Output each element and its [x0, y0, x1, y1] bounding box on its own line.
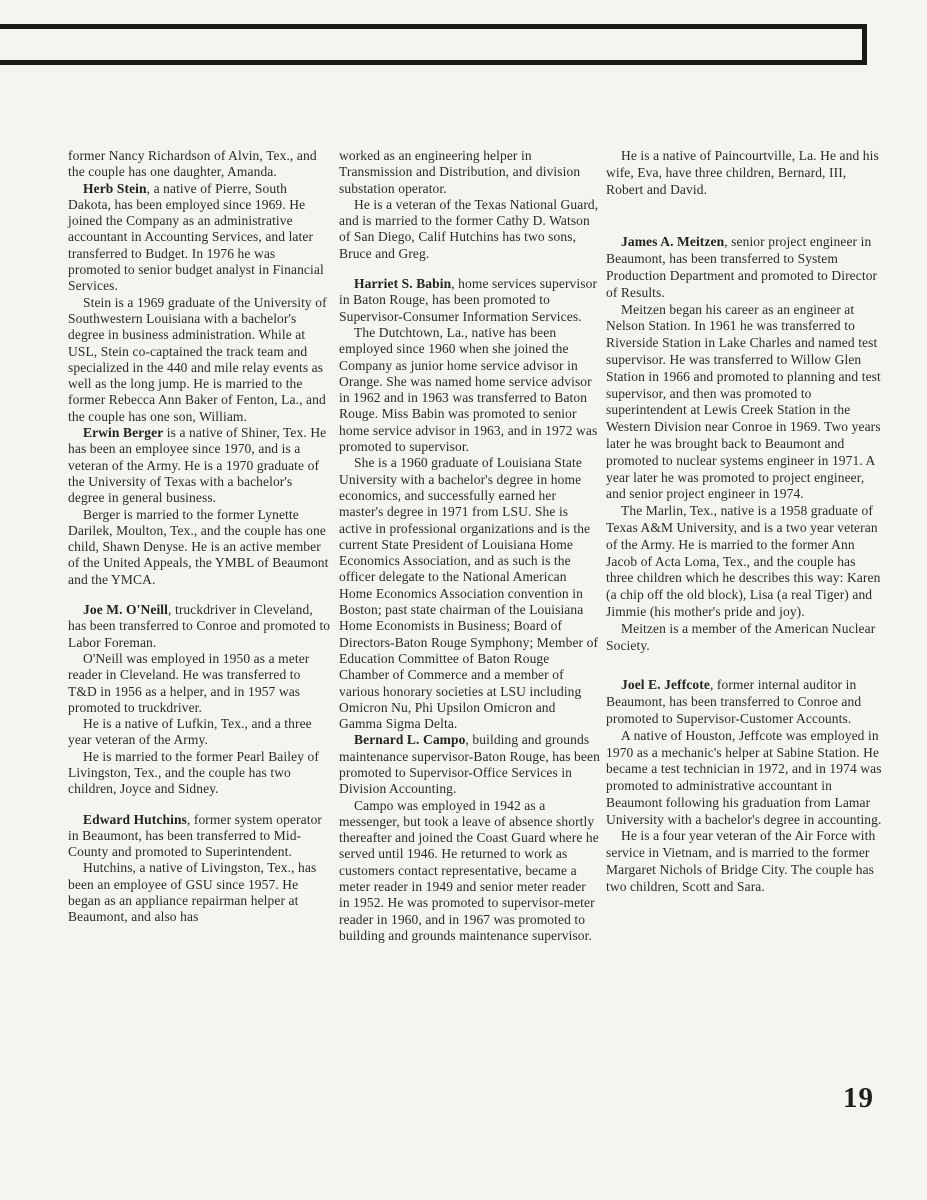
page-number: 19: [843, 1082, 874, 1115]
paragraph-text: Meitzen began his career as an engineer …: [606, 302, 881, 502]
paragraph: Stein is a 1969 graduate of the Universi…: [68, 295, 331, 425]
paragraph: She is a 1960 graduate of Louisiana Stat…: [339, 455, 600, 732]
paragraph-text: A native of Houston, Jeffcote was employ…: [606, 728, 882, 827]
paragraph: Joe M. O'Neill, truckdriver in Cleveland…: [68, 602, 331, 651]
paragraph-text: He is a veteran of the Texas National Gu…: [339, 197, 598, 261]
paragraph-text: Meitzen is a member of the American Nucl…: [606, 621, 875, 653]
paragraph-text: She is a 1960 graduate of Louisiana Stat…: [339, 455, 598, 731]
paragraph-text: The Dutchtown, La., native has been empl…: [339, 325, 597, 454]
paragraph-text: former Nancy Richardson of Alvin, Tex., …: [68, 148, 317, 179]
employee-name: James A. Meitzen: [621, 234, 724, 249]
employee-name: Joe M. O'Neill: [83, 602, 168, 617]
paragraph-text: worked as an engineering helper in Trans…: [339, 148, 580, 196]
paragraph: He is a veteran of the Texas National Gu…: [339, 197, 600, 262]
paragraph: The Marlin, Tex., native is a 1958 gradu…: [606, 503, 882, 621]
paragraph-text: He is a native of Paincourtville, La. He…: [606, 148, 879, 197]
paragraph-text: The Marlin, Tex., native is a 1958 gradu…: [606, 503, 880, 619]
employee-name: Joel E. Jeffcote: [621, 677, 710, 692]
paragraph: Campo was employed in 1942 as a messenge…: [339, 798, 600, 945]
paragraph: former Nancy Richardson of Alvin, Tex., …: [68, 148, 331, 181]
paragraph: He is a four year veteran of the Air For…: [606, 828, 882, 895]
paragraph: The Dutchtown, La., native has been empl…: [339, 325, 600, 455]
column-1: former Nancy Richardson of Alvin, Tex., …: [68, 148, 331, 926]
employee-name: Bernard L. Campo: [354, 732, 465, 747]
paragraph: Meitzen is a member of the American Nucl…: [606, 621, 882, 655]
paragraph: Harriet S. Babin, home services supervis…: [339, 276, 600, 325]
employee-name: Edward Hutchins: [83, 812, 187, 827]
employee-name: Erwin Berger: [83, 425, 163, 440]
employee-name: Herb Stein: [83, 181, 147, 196]
paragraph: A native of Houston, Jeffcote was employ…: [606, 728, 882, 829]
paragraph: James A. Meitzen, senior project enginee…: [606, 234, 882, 301]
column-2: worked as an engineering helper in Trans…: [339, 148, 600, 944]
paragraph: worked as an engineering helper in Trans…: [339, 148, 600, 197]
paragraph: Hutchins, a native of Livingston, Tex., …: [68, 860, 331, 925]
paragraph-text: Stein is a 1969 graduate of the Universi…: [68, 295, 327, 424]
paragraph: Meitzen began his career as an engineer …: [606, 302, 882, 504]
paragraph-text: O'Neill was employed in 1950 as a meter …: [68, 651, 309, 715]
paragraph-text: Berger is married to the former Lynette …: [68, 507, 329, 587]
paragraph: Bernard L. Campo, building and grounds m…: [339, 732, 600, 797]
paragraph-text: Campo was employed in 1942 as a messenge…: [339, 798, 599, 943]
paragraph: He is married to the former Pearl Bailey…: [68, 749, 331, 798]
paragraph: He is a native of Paincourtville, La. He…: [606, 148, 882, 198]
paragraph-text: , a native of Pierre, South Dakota, has …: [68, 181, 324, 294]
paragraph: Berger is married to the former Lynette …: [68, 507, 331, 588]
column-3: He is a native of Paincourtville, La. He…: [606, 148, 882, 896]
employee-name: Harriet S. Babin: [354, 276, 451, 291]
paragraph-text: He is a native of Lufkin, Tex., and a th…: [68, 716, 312, 747]
paragraph: He is a native of Lufkin, Tex., and a th…: [68, 716, 331, 749]
paragraph: Joel E. Jeffcote, former internal audito…: [606, 677, 882, 727]
paragraph: O'Neill was employed in 1950 as a meter …: [68, 651, 331, 716]
paragraph-text: He is a four year veteran of the Air For…: [606, 828, 875, 893]
paragraph-text: He is married to the former Pearl Bailey…: [68, 749, 319, 797]
masthead-rule: [0, 24, 867, 65]
scanned-newsletter-page: former Nancy Richardson of Alvin, Tex., …: [0, 0, 927, 1200]
paragraph-text: Hutchins, a native of Livingston, Tex., …: [68, 860, 316, 924]
paragraph: Edward Hutchins, former system operator …: [68, 812, 331, 861]
paragraph: Herb Stein, a native of Pierre, South Da…: [68, 181, 331, 295]
paragraph: Erwin Berger is a native of Shiner, Tex.…: [68, 425, 331, 506]
